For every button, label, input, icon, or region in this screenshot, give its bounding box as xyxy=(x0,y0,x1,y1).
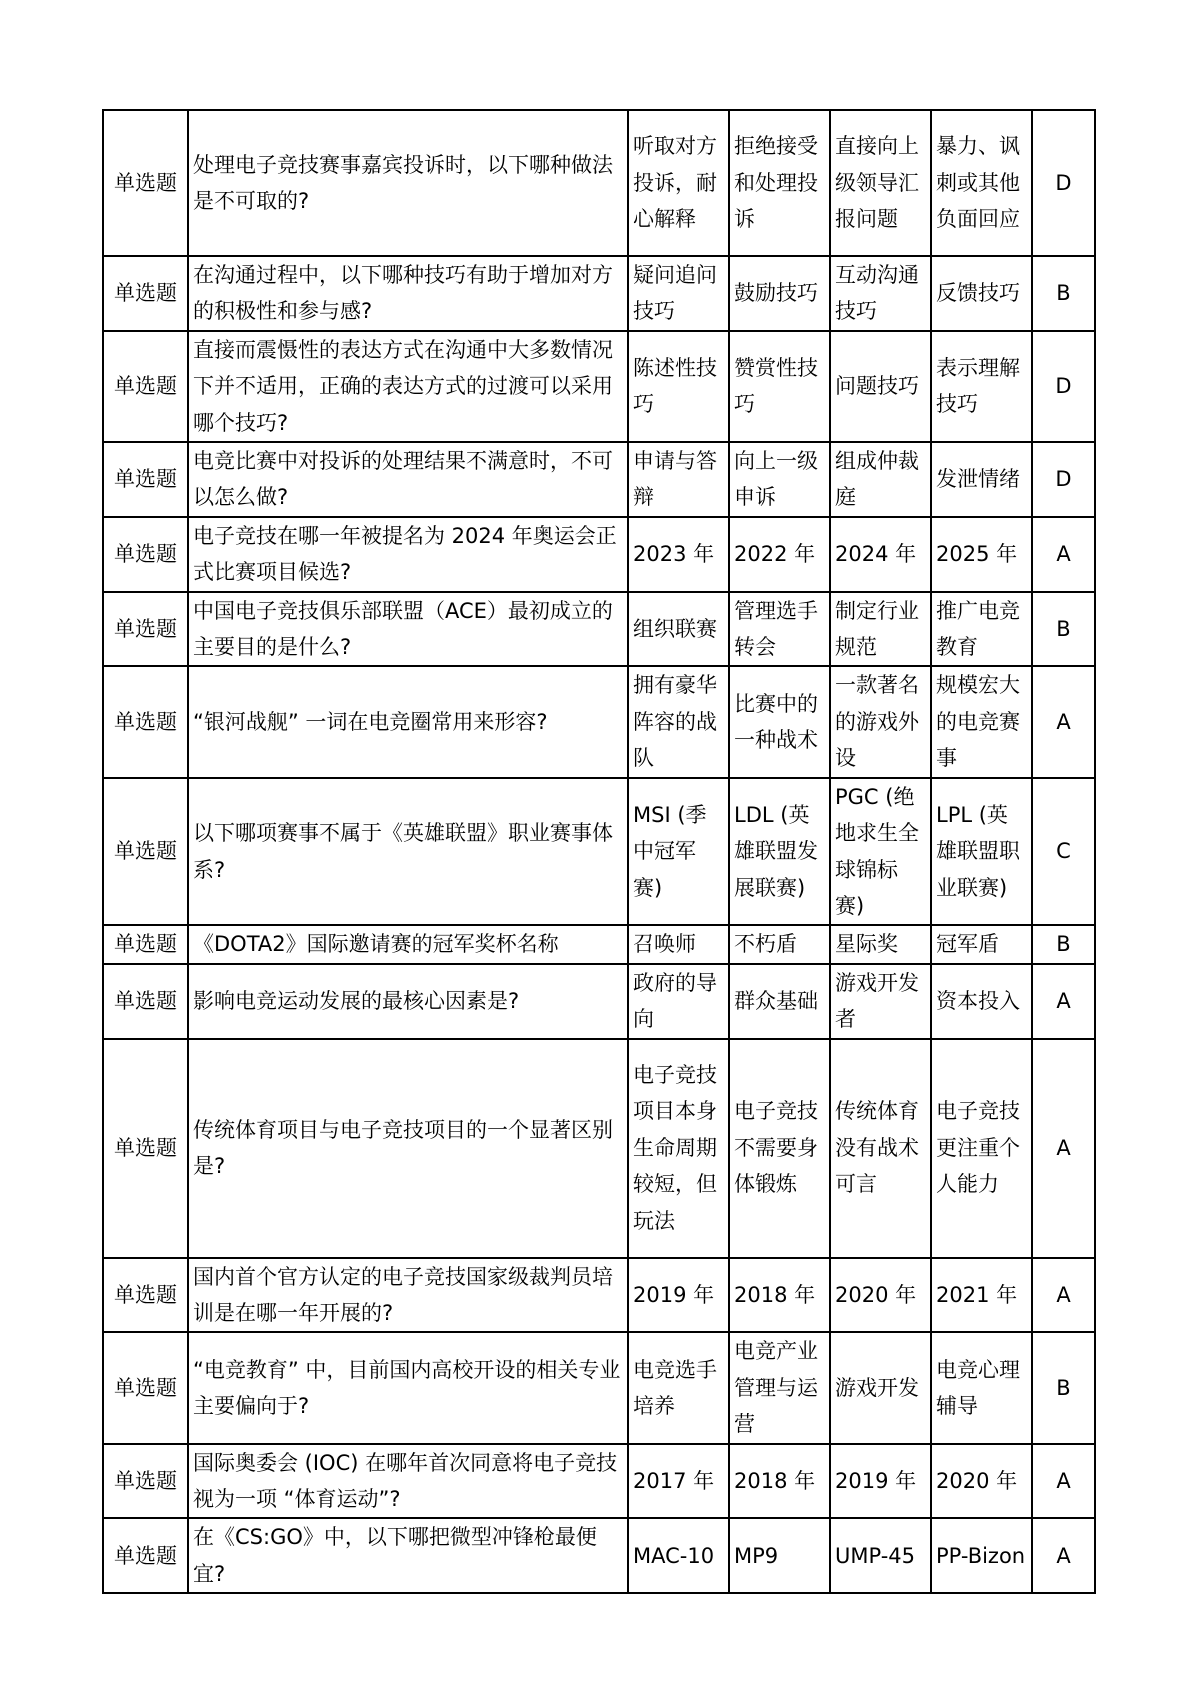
option-b: 管理选手转会 xyxy=(729,592,830,667)
option-a: 2017 年 xyxy=(628,1444,729,1519)
option-d: 2020 年 xyxy=(931,1444,1032,1519)
question-text: 中国电子竞技俱乐部联盟（ACE）最初成立的主要目的是什么? xyxy=(188,592,628,667)
question-type: 单选题 xyxy=(103,1258,188,1333)
option-a: 拥有豪华阵容的战队 xyxy=(628,666,729,777)
option-d: 电竞心理辅导 xyxy=(931,1332,1032,1443)
question-row: 单选题以下哪项赛事不属于《英雄联盟》职业赛事体系?MSI (季中冠军赛)LDL … xyxy=(103,778,1095,926)
answer-key: A xyxy=(1032,1518,1095,1593)
option-b: 拒绝接受和处理投诉 xyxy=(729,110,830,256)
option-c: 游戏开发者 xyxy=(830,964,931,1039)
question-text: 在沟通过程中，以下哪种技巧有助于增加对方的积极性和参与感? xyxy=(188,256,628,331)
option-c: 2019 年 xyxy=(830,1444,931,1519)
answer-key: B xyxy=(1032,925,1095,963)
option-c: 游戏开发 xyxy=(830,1332,931,1443)
question-text: 电子竞技在哪一年被提名为 2024 年奥运会正式比赛项目候选? xyxy=(188,517,628,592)
option-a: 申请与答辩 xyxy=(628,442,729,517)
option-a: 疑问追问技巧 xyxy=(628,256,729,331)
answer-key: B xyxy=(1032,592,1095,667)
question-text: 国际奥委会 (IOC) 在哪年首次同意将电子竞技视为一项 “体育运动”? xyxy=(188,1444,628,1519)
question-text: 在《CS:GO》中，以下哪把微型冲锋枪最便宜? xyxy=(188,1518,628,1593)
question-row: 单选题电竞比赛中对投诉的处理结果不满意时，不可以怎么做?申请与答辩向上一级申诉组… xyxy=(103,442,1095,517)
question-row: 单选题电子竞技在哪一年被提名为 2024 年奥运会正式比赛项目候选?2023 年… xyxy=(103,517,1095,592)
question-row: 单选题国内首个官方认定的电子竞技国家级裁判员培训是在哪一年开展的?2019 年2… xyxy=(103,1258,1095,1333)
option-c: 互动沟通技巧 xyxy=(830,256,931,331)
option-c: 2024 年 xyxy=(830,517,931,592)
option-b: 电竞产业管理与运营 xyxy=(729,1332,830,1443)
question-text: 《DOTA2》国际邀请赛的冠军奖杯名称 xyxy=(188,925,628,963)
question-text: “电竞教育” 中，目前国内高校开设的相关专业主要偏向于? xyxy=(188,1332,628,1443)
question-row: 单选题处理电子竞技赛事嘉宾投诉时，以下哪种做法是不可取的?听取对方投诉，耐心解释… xyxy=(103,110,1095,256)
option-c: 传统体育没有战术可言 xyxy=(830,1039,931,1258)
option-d: 2021 年 xyxy=(931,1258,1032,1333)
option-b: 向上一级申诉 xyxy=(729,442,830,517)
question-row: 单选题“银河战舰” 一词在电竞圈常用来形容?拥有豪华阵容的战队比赛中的一种战术一… xyxy=(103,666,1095,777)
answer-key: D xyxy=(1032,442,1095,517)
answer-key: A xyxy=(1032,1039,1095,1258)
question-type: 单选题 xyxy=(103,964,188,1039)
option-a: MSI (季中冠军赛) xyxy=(628,778,729,926)
option-c: PGC (绝地求生全球锦标赛) xyxy=(830,778,931,926)
question-text: 传统体育项目与电子竞技项目的一个显著区别是? xyxy=(188,1039,628,1258)
option-d: PP-Bizon xyxy=(931,1518,1032,1593)
answer-key: A xyxy=(1032,517,1095,592)
question-text: 影响电竞运动发展的最核心因素是? xyxy=(188,964,628,1039)
option-b: 群众基础 xyxy=(729,964,830,1039)
answer-key: D xyxy=(1032,110,1095,256)
option-d: 2025 年 xyxy=(931,517,1032,592)
option-d: 推广电竞教育 xyxy=(931,592,1032,667)
option-c: 问题技巧 xyxy=(830,331,931,442)
option-b: 不朽盾 xyxy=(729,925,830,963)
option-d: 发泄情绪 xyxy=(931,442,1032,517)
option-c: 直接向上级领导汇报问题 xyxy=(830,110,931,256)
option-a: 电竞选手培养 xyxy=(628,1332,729,1443)
question-row: 单选题中国电子竞技俱乐部联盟（ACE）最初成立的主要目的是什么?组织联赛管理选手… xyxy=(103,592,1095,667)
option-a: 组织联赛 xyxy=(628,592,729,667)
option-c: 组成仲裁庭 xyxy=(830,442,931,517)
question-type: 单选题 xyxy=(103,925,188,963)
option-a: 2019 年 xyxy=(628,1258,729,1333)
quiz-table: 单选题处理电子竞技赛事嘉宾投诉时，以下哪种做法是不可取的?听取对方投诉，耐心解释… xyxy=(102,109,1096,1594)
option-d: 反馈技巧 xyxy=(931,256,1032,331)
quiz-table-body: 单选题处理电子竞技赛事嘉宾投诉时，以下哪种做法是不可取的?听取对方投诉，耐心解释… xyxy=(103,110,1095,1593)
answer-key: D xyxy=(1032,331,1095,442)
answer-key: A xyxy=(1032,666,1095,777)
question-type: 单选题 xyxy=(103,331,188,442)
question-row: 单选题传统体育项目与电子竞技项目的一个显著区别是?电子竞技项目本身生命周期较短，… xyxy=(103,1039,1095,1258)
option-c: 制定行业规范 xyxy=(830,592,931,667)
question-type: 单选题 xyxy=(103,1444,188,1519)
question-row: 单选题在《CS:GO》中，以下哪把微型冲锋枪最便宜?MAC-10MP9UMP-4… xyxy=(103,1518,1095,1593)
question-type: 单选题 xyxy=(103,592,188,667)
answer-key: C xyxy=(1032,778,1095,926)
option-b: 2022 年 xyxy=(729,517,830,592)
answer-key: A xyxy=(1032,964,1095,1039)
question-type: 单选题 xyxy=(103,1518,188,1593)
question-row: 单选题《DOTA2》国际邀请赛的冠军奖杯名称召唤师不朽盾星际奖冠军盾B xyxy=(103,925,1095,963)
option-b: 赞赏性技巧 xyxy=(729,331,830,442)
option-d: 规模宏大的电竞赛事 xyxy=(931,666,1032,777)
option-d: 电子竞技更注重个人能力 xyxy=(931,1039,1032,1258)
question-type: 单选题 xyxy=(103,517,188,592)
question-row: 单选题国际奥委会 (IOC) 在哪年首次同意将电子竞技视为一项 “体育运动”?2… xyxy=(103,1444,1095,1519)
option-c: 星际奖 xyxy=(830,925,931,963)
question-type: 单选题 xyxy=(103,256,188,331)
option-a: 听取对方投诉，耐心解释 xyxy=(628,110,729,256)
option-b: 2018 年 xyxy=(729,1444,830,1519)
question-text: 直接而震慑性的表达方式在沟通中大多数情况下并不适用，正确的表达方式的过渡可以采用… xyxy=(188,331,628,442)
option-b: MP9 xyxy=(729,1518,830,1593)
option-d: 暴力、讽刺或其他负面回应 xyxy=(931,110,1032,256)
question-type: 单选题 xyxy=(103,778,188,926)
option-a: 电子竞技项目本身生命周期较短，但玩法 xyxy=(628,1039,729,1258)
option-d: 冠军盾 xyxy=(931,925,1032,963)
answer-key: B xyxy=(1032,256,1095,331)
option-c: 2020 年 xyxy=(830,1258,931,1333)
option-b: 比赛中的一种战术 xyxy=(729,666,830,777)
question-row: 单选题影响电竞运动发展的最核心因素是?政府的导向群众基础游戏开发者资本投入A xyxy=(103,964,1095,1039)
answer-key: A xyxy=(1032,1444,1095,1519)
option-a: 2023 年 xyxy=(628,517,729,592)
option-d: 资本投入 xyxy=(931,964,1032,1039)
question-type: 单选题 xyxy=(103,1332,188,1443)
question-text: 处理电子竞技赛事嘉宾投诉时，以下哪种做法是不可取的? xyxy=(188,110,628,256)
question-type: 单选题 xyxy=(103,1039,188,1258)
answer-key: B xyxy=(1032,1332,1095,1443)
option-c: 一款著名的游戏外设 xyxy=(830,666,931,777)
question-type: 单选题 xyxy=(103,442,188,517)
option-d: 表示理解技巧 xyxy=(931,331,1032,442)
question-row: 单选题直接而震慑性的表达方式在沟通中大多数情况下并不适用，正确的表达方式的过渡可… xyxy=(103,331,1095,442)
answer-key: A xyxy=(1032,1258,1095,1333)
question-row: 单选题“电竞教育” 中，目前国内高校开设的相关专业主要偏向于?电竞选手培养电竞产… xyxy=(103,1332,1095,1443)
option-a: 召唤师 xyxy=(628,925,729,963)
question-text: 以下哪项赛事不属于《英雄联盟》职业赛事体系? xyxy=(188,778,628,926)
option-a: 陈述性技巧 xyxy=(628,331,729,442)
question-text: 电竞比赛中对投诉的处理结果不满意时，不可以怎么做? xyxy=(188,442,628,517)
question-type: 单选题 xyxy=(103,110,188,256)
option-a: MAC-10 xyxy=(628,1518,729,1593)
option-c: UMP-45 xyxy=(830,1518,931,1593)
option-b: 鼓励技巧 xyxy=(729,256,830,331)
option-b: 电子竞技不需要身体锻炼 xyxy=(729,1039,830,1258)
question-text: “银河战舰” 一词在电竞圈常用来形容? xyxy=(188,666,628,777)
question-row: 单选题在沟通过程中，以下哪种技巧有助于增加对方的积极性和参与感?疑问追问技巧鼓励… xyxy=(103,256,1095,331)
option-b: LDL (英雄联盟发展联赛) xyxy=(729,778,830,926)
question-type: 单选题 xyxy=(103,666,188,777)
question-text: 国内首个官方认定的电子竞技国家级裁判员培训是在哪一年开展的? xyxy=(188,1258,628,1333)
option-d: LPL (英雄联盟职业联赛) xyxy=(931,778,1032,926)
option-b: 2018 年 xyxy=(729,1258,830,1333)
option-a: 政府的导向 xyxy=(628,964,729,1039)
